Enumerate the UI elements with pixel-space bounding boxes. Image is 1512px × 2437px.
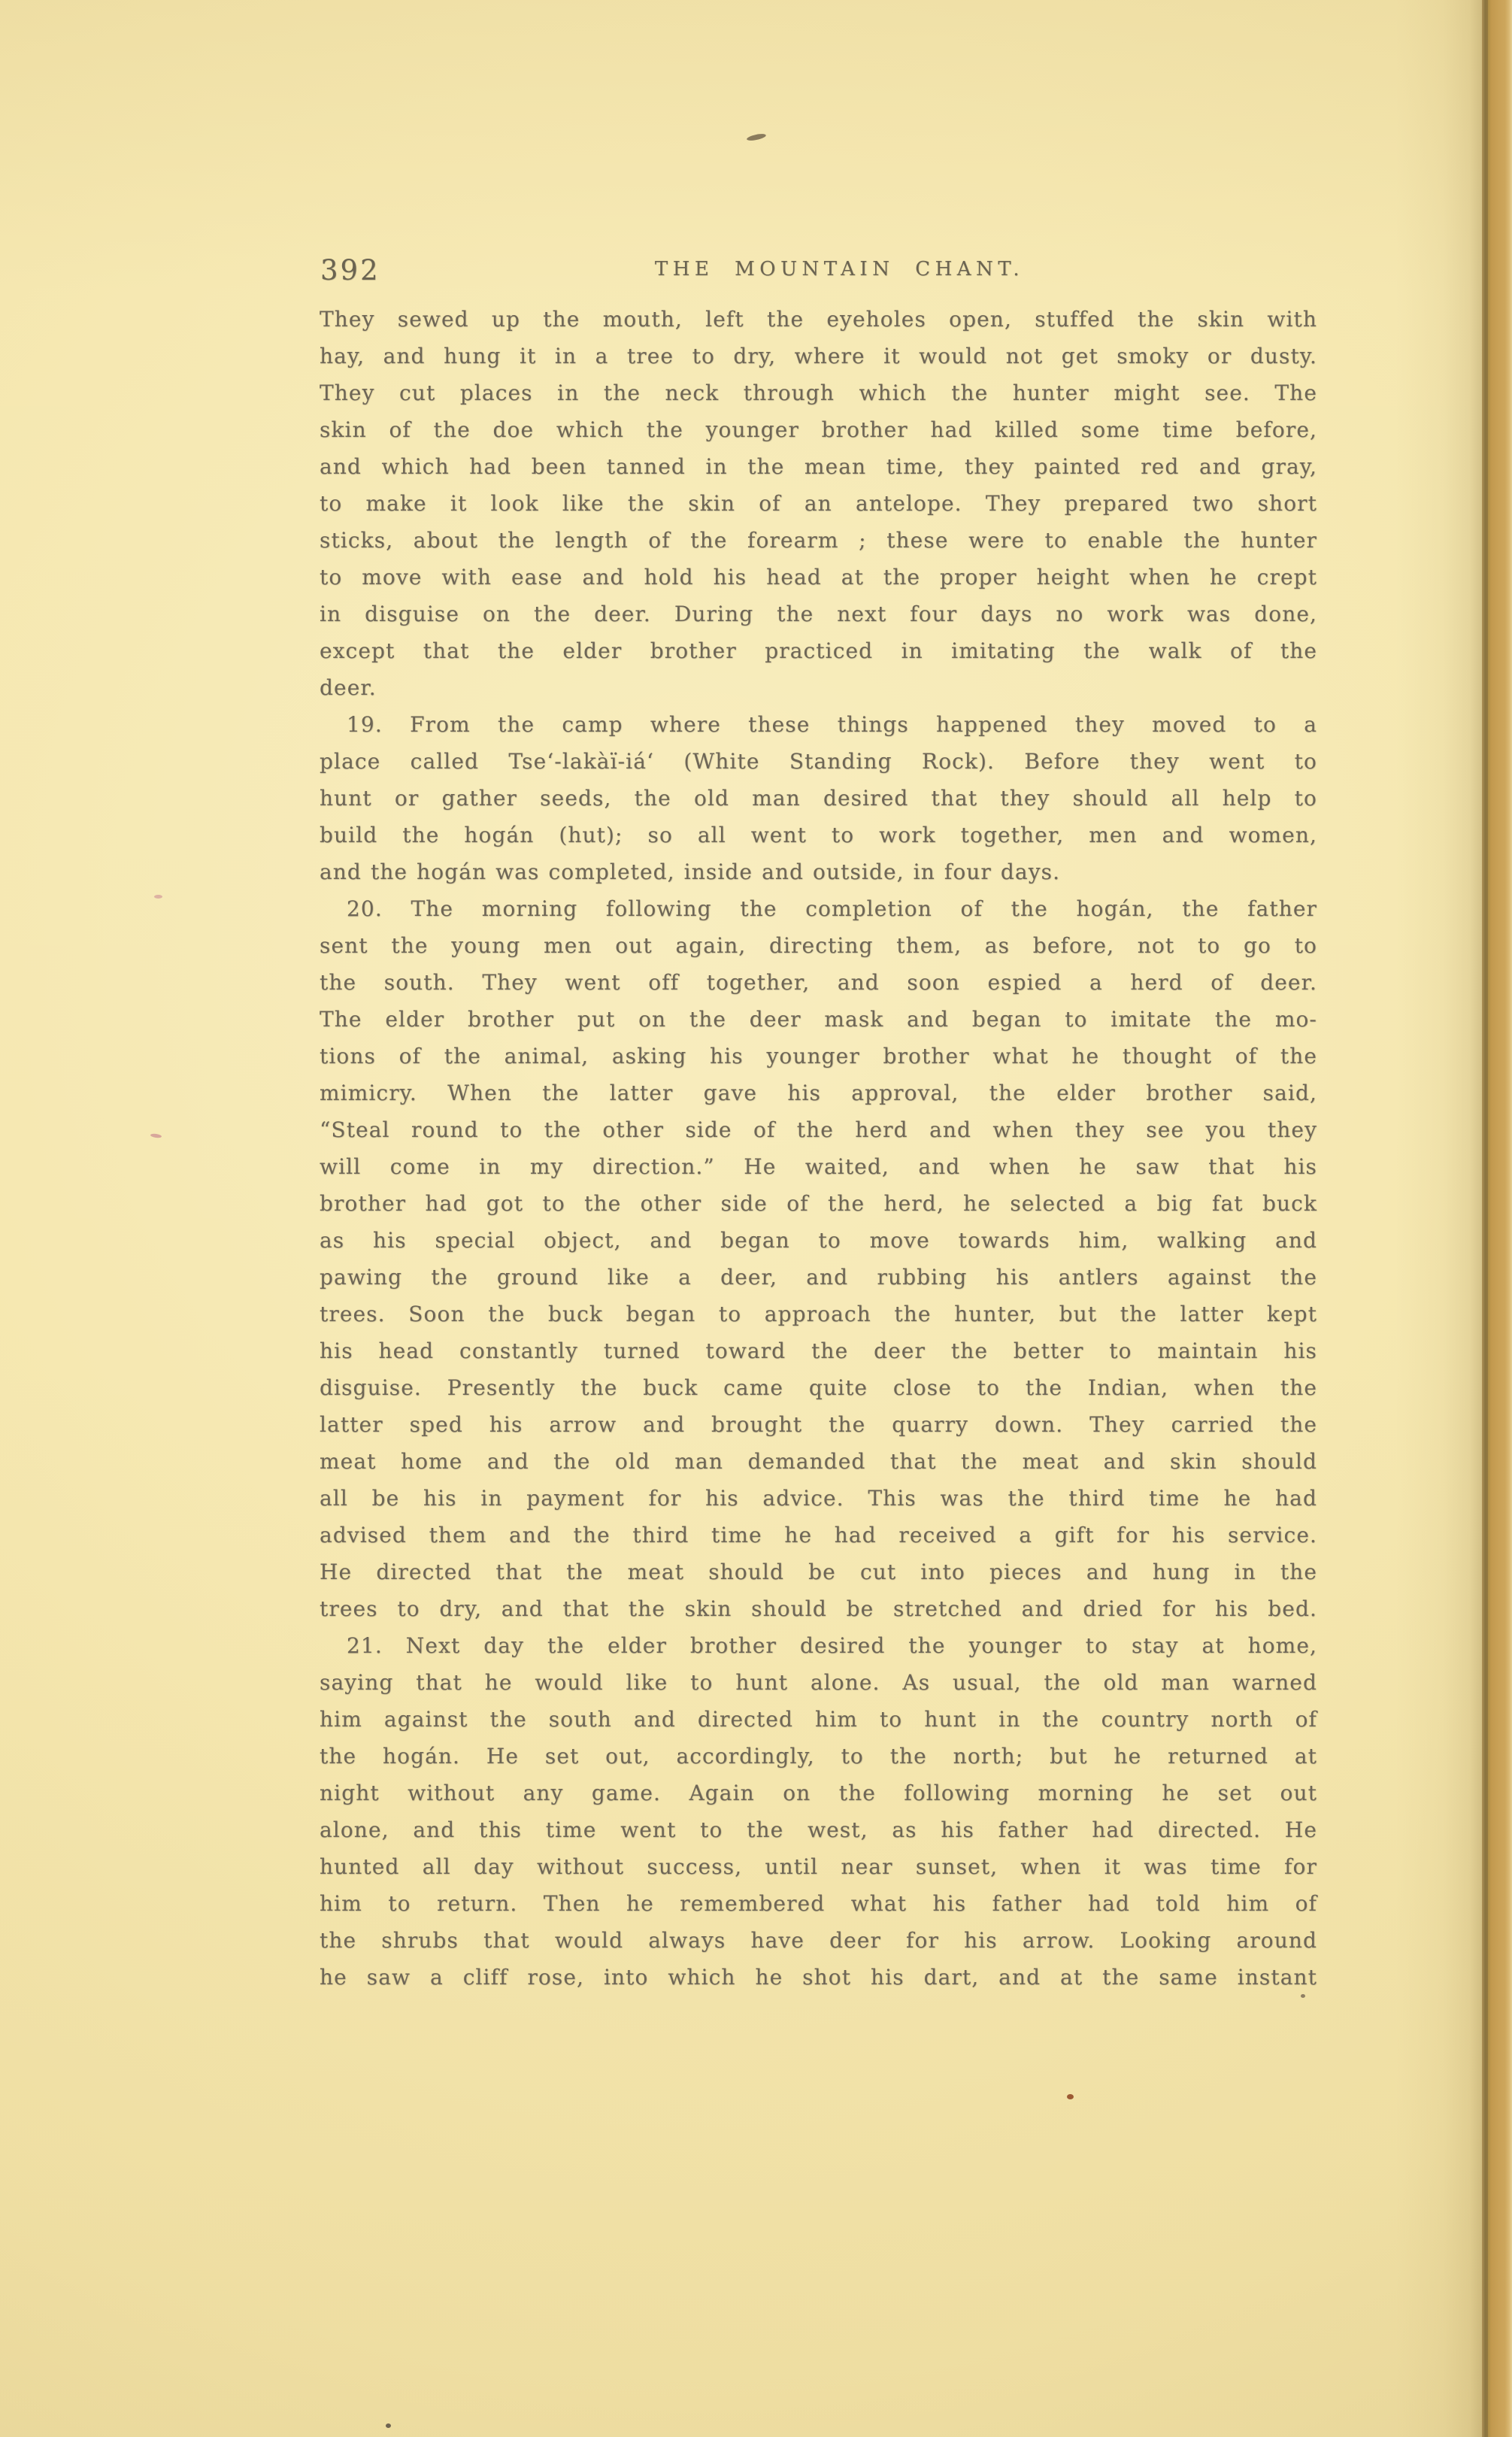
ink-speck	[747, 132, 767, 141]
text-line: latter sped his arrow and brought the qu…	[320, 1406, 1317, 1443]
text-line: advised them and the third time he had r…	[320, 1517, 1317, 1553]
text-line: disguise. Presently the buck came quite …	[320, 1369, 1317, 1406]
text-line: in disguise on the deer. During the next…	[320, 596, 1317, 632]
text-line: trees to dry, and that the skin should b…	[320, 1590, 1317, 1627]
text-line: deer.	[320, 669, 1317, 706]
ink-speck	[386, 2423, 391, 2428]
text-line: as his special object, and began to move…	[320, 1222, 1317, 1259]
text-line: pawing the ground like a deer, and rubbi…	[320, 1259, 1317, 1296]
text-line: all be his in payment for his advice. Th…	[320, 1480, 1317, 1517]
text-line: night without any game. Again on the fol…	[320, 1775, 1317, 1811]
text-line: tions of the animal, asking his younger …	[320, 1038, 1317, 1075]
text-line: the shrubs that would always have deer f…	[320, 1922, 1317, 1959]
text-line: 21. Next day the elder brother desired t…	[320, 1627, 1317, 1664]
fore-edge-band	[1488, 0, 1512, 2437]
text-line: and which had been tanned in the mean ti…	[320, 448, 1317, 485]
text-line: his head constantly turned toward the de…	[320, 1332, 1317, 1369]
text-line: He directed that the meat should be cut …	[320, 1553, 1317, 1590]
text-line: mimicry. When the latter gave his approv…	[320, 1075, 1317, 1111]
text-line: to move with ease and hold his head at t…	[320, 559, 1317, 596]
text-line: he saw a cliff rose, into which he shot …	[320, 1959, 1317, 1996]
text-line: him against the south and directed him t…	[320, 1701, 1317, 1738]
text-line: alone, and this time went to the west, a…	[320, 1811, 1317, 1848]
text-line: hunted all day without success, until ne…	[320, 1848, 1317, 1885]
text-line: meat home and the old man demanded that …	[320, 1443, 1317, 1480]
ink-speck	[150, 1133, 162, 1138]
text-line: the south. They went off together, and s…	[320, 964, 1317, 1001]
text-line: and the hogán was completed, inside and …	[320, 853, 1317, 890]
text-line: sticks, about the length of the forearm …	[320, 522, 1317, 559]
text-line: place called Tse‘-lakàï-iá‘ (White Stand…	[320, 743, 1317, 780]
text-line: trees. Soon the buck began to approach t…	[320, 1296, 1317, 1332]
text-line: him to return. Then he remembered what h…	[320, 1885, 1317, 1922]
text-line: the hogán. He set out, accordingly, to t…	[320, 1738, 1317, 1775]
text-line: build the hogán (hut); so all went to wo…	[320, 817, 1317, 853]
text-line: saying that he would like to hunt alone.…	[320, 1664, 1317, 1701]
book-page-scan: 392 THE MOUNTAIN CHANT. They sewed up th…	[0, 0, 1512, 2437]
text-line: sent the young men out again, directing …	[320, 927, 1317, 964]
text-line: to make it look like the skin of an ante…	[320, 485, 1317, 522]
text-line: They sewed up the mouth, left the eyehol…	[320, 301, 1317, 338]
text-line: hunt or gather seeds, the old man desire…	[320, 780, 1317, 817]
text-line: will come in my direction.” He waited, a…	[320, 1148, 1317, 1185]
text-line: 19. From the camp where these things hap…	[320, 706, 1317, 743]
text-column: They sewed up the mouth, left the eyehol…	[320, 301, 1317, 1996]
text-line: skin of the doe which the younger brothe…	[320, 411, 1317, 448]
text-line: 20. The morning following the completion…	[320, 890, 1317, 927]
ink-speck	[1067, 2094, 1074, 2099]
text-line: They cut places in the neck through whic…	[320, 374, 1317, 411]
text-line: “Steal round to the other side of the he…	[320, 1111, 1317, 1148]
text-line: brother had got to the other side of the…	[320, 1185, 1317, 1222]
running-head: THE MOUNTAIN CHANT.	[320, 258, 1338, 280]
ink-speck	[154, 895, 162, 899]
page-edge-line	[1482, 0, 1488, 2437]
text-line: The elder brother put on the deer mask a…	[320, 1001, 1317, 1038]
text-line: except that the elder brother practiced …	[320, 632, 1317, 669]
page-curl-shadow	[1395, 0, 1483, 2437]
text-line: hay, and hung it in a tree to dry, where…	[320, 338, 1317, 374]
